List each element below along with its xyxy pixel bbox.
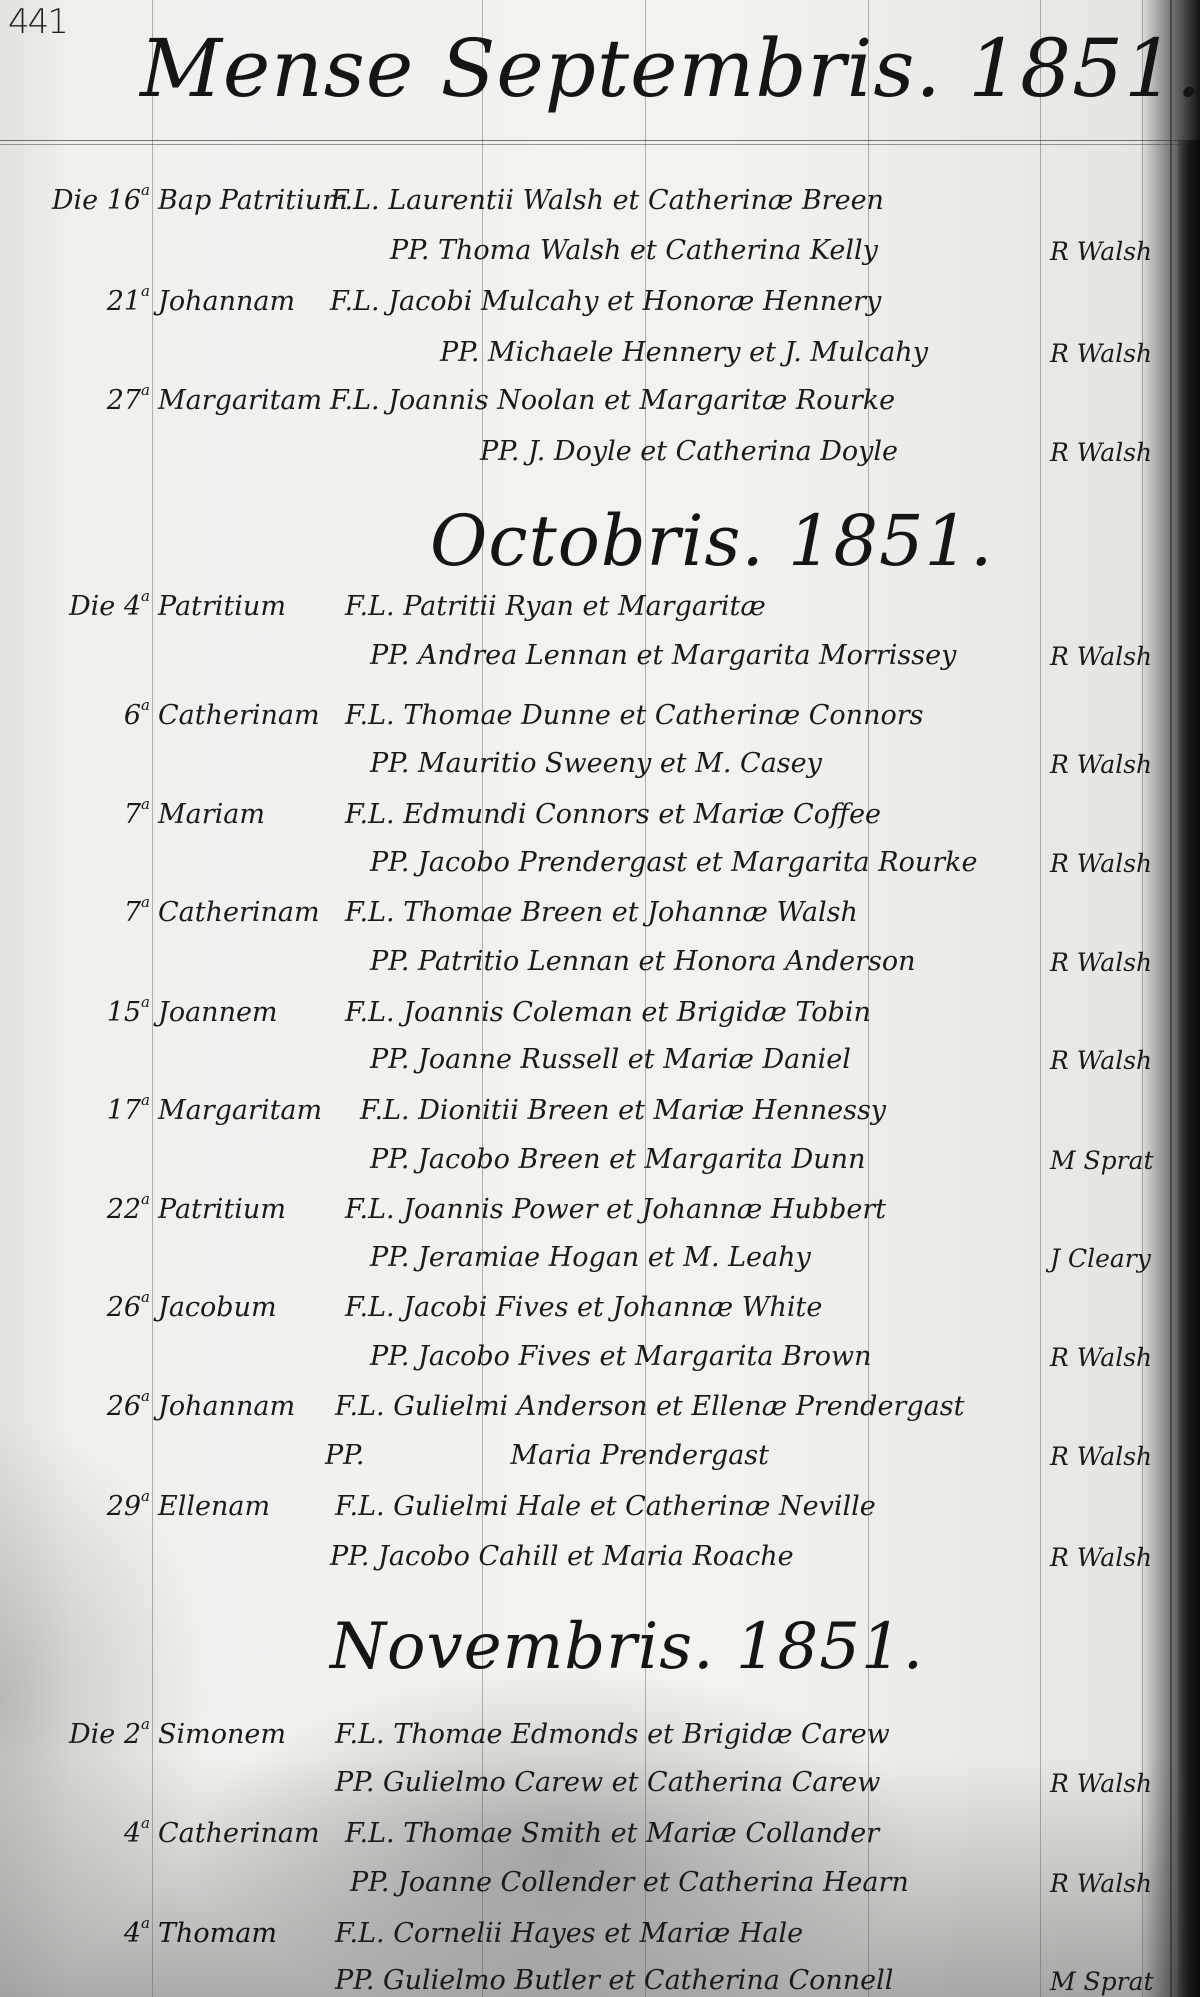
- entry-date: 4a: [0, 1918, 150, 1949]
- entry-row: 6a Catherinam F.L. Thomae Dunne et Cathe…: [0, 695, 1200, 735]
- entry-row: Die 4a Patritium F.L. Patritii Ryan et M…: [0, 586, 1200, 626]
- child-name: Catherinam: [158, 897, 320, 928]
- parents: F.L. Edmundi Connors et Mariæ Coffee: [345, 799, 881, 830]
- sponsors: PP. Jeramiae Hogan et M. Leahy: [370, 1242, 811, 1273]
- priest-signature: R Walsh: [1050, 750, 1152, 779]
- parents: F.L. Joannis Noolan et Margaritæ Rourke: [330, 385, 895, 416]
- sponsors: PP. Thoma Walsh et Catherina Kelly: [390, 235, 878, 266]
- entry-date: Die 4a: [0, 591, 150, 622]
- register-page: 441 Mense Septembris. 1851. Die 16a Bap …: [0, 0, 1200, 1997]
- child-name: Ellenam: [158, 1491, 270, 1522]
- entry-row-sponsors: PP. Mauritio Sweeny et M. Casey R Walsh: [0, 743, 1200, 783]
- sponsors: PP. Andrea Lennan et Margarita Morrissey: [370, 640, 956, 671]
- entry-row-sponsors: PP. Jacobo Breen et Margarita Dunn M Spr…: [0, 1139, 1200, 1179]
- priest-signature: R Walsh: [1050, 1869, 1152, 1898]
- entry-row-sponsors: PP. Patritio Lennan et Honora Anderson R…: [0, 941, 1200, 981]
- month-heading-october: Octobris. 1851.: [430, 500, 993, 582]
- child-name: Patritium: [158, 591, 286, 622]
- priest-signature: R Walsh: [1050, 1046, 1152, 1075]
- child-name: Bap Patritium: [158, 185, 348, 216]
- priest-signature: R Walsh: [1050, 1769, 1152, 1798]
- entry-date: Die 16a: [0, 185, 150, 216]
- entry-date: 7a: [0, 799, 150, 830]
- entry-date: 26a: [0, 1292, 150, 1323]
- parents: F.L. Gulielmi Hale et Catherinæ Neville: [335, 1491, 876, 1522]
- entry-row: 4a Catherinam F.L. Thomae Smith et Mariæ…: [0, 1813, 1200, 1853]
- entry-row-sponsors: PP. Gulielmo Carew et Catherina Carew R …: [0, 1762, 1200, 1802]
- priest-signature: J Cleary: [1050, 1244, 1151, 1273]
- parents: F.L. Patritii Ryan et Margaritæ: [345, 591, 766, 622]
- entry-date: 6a: [0, 700, 150, 731]
- parents: F.L. Jacobi Mulcahy et Honoræ Hennery: [330, 286, 881, 317]
- parents: F.L. Thomae Smith et Mariæ Collander: [345, 1818, 879, 1849]
- entry-row: Die 16a Bap Patritium F.L. Laurentii Wal…: [0, 180, 1200, 220]
- child-name: Johannam: [158, 1391, 295, 1422]
- parents: F.L. Thomae Breen et Johannæ Walsh: [345, 897, 858, 928]
- priest-signature: R Walsh: [1050, 1442, 1152, 1471]
- entry-row-sponsors: PP. Jacobo Cahill et Maria Roache R Wals…: [0, 1536, 1200, 1576]
- entry-row: Die 2a Simonem F.L. Thomae Edmonds et Br…: [0, 1714, 1200, 1754]
- sponsors: PP. Gulielmo Butler et Catherina Connell: [335, 1965, 893, 1996]
- priest-signature: R Walsh: [1050, 849, 1152, 878]
- child-name: Simonem: [158, 1719, 286, 1750]
- entry-date: 17a: [0, 1095, 150, 1126]
- entry-row-sponsors: PP. J. Doyle et Catherina Doyle R Walsh: [0, 431, 1200, 471]
- parents: F.L. Thomae Dunne et Catherinæ Connors: [345, 700, 923, 731]
- parents: F.L. Dionitii Breen et Mariæ Hennessy: [360, 1095, 886, 1126]
- child-name: Patritium: [158, 1194, 286, 1225]
- entry-row-sponsors: PP. Gulielmo Butler et Catherina Connell…: [0, 1960, 1200, 1997]
- entry-row-sponsors: PP. Michaele Hennery et J. Mulcahy R Wal…: [0, 332, 1200, 372]
- child-name: Catherinam: [158, 1818, 320, 1849]
- entry-date: 4a: [0, 1818, 150, 1849]
- child-name: Mariam: [158, 799, 265, 830]
- sponsors: PP. Gulielmo Carew et Catherina Carew: [335, 1767, 880, 1798]
- entry-row: 27a Margaritam F.L. Joannis Noolan et Ma…: [0, 380, 1200, 420]
- parents: F.L. Jacobi Fives et Johannæ White: [345, 1292, 822, 1323]
- sponsors: PP. J. Doyle et Catherina Doyle: [480, 436, 898, 467]
- page-number: 441: [8, 2, 67, 42]
- entry-row: 7a Catherinam F.L. Thomae Breen et Johan…: [0, 892, 1200, 932]
- priest-signature: R Walsh: [1050, 948, 1152, 977]
- sponsors: PP. Joanne Russell et Mariæ Daniel: [370, 1044, 851, 1075]
- priest-signature: M Sprat: [1050, 1967, 1154, 1996]
- sponsors: PP. Patritio Lennan et Honora Anderson: [370, 946, 916, 977]
- entry-row-sponsors: PP. Jacobo Fives et Margarita Brown R Wa…: [0, 1336, 1200, 1376]
- parents: F.L. Joannis Power et Johannæ Hubbert: [345, 1194, 886, 1225]
- entry-row: 26a Jacobum F.L. Jacobi Fives et Johannæ…: [0, 1287, 1200, 1327]
- entry-date: 21a: [0, 286, 150, 317]
- entry-date: Die 2a: [0, 1719, 150, 1750]
- entry-date: 7a: [0, 897, 150, 928]
- entry-date: 15a: [0, 997, 150, 1028]
- priest-signature: R Walsh: [1050, 438, 1152, 467]
- parents: F.L. Gulielmi Anderson et Ellenæ Prender…: [335, 1391, 964, 1422]
- child-name: Jacobum: [158, 1292, 277, 1323]
- entry-row: 21a Johannam F.L. Jacobi Mulcahy et Hono…: [0, 281, 1200, 321]
- entry-date: 26a: [0, 1391, 150, 1422]
- parents: F.L. Thomae Edmonds et Brigidæ Carew: [335, 1719, 890, 1750]
- sponsors: PP. Mauritio Sweeny et M. Casey: [370, 748, 822, 779]
- priest-signature: R Walsh: [1050, 1543, 1152, 1572]
- sponsors: PP. Jacobo Cahill et Maria Roache: [330, 1541, 794, 1572]
- priest-signature: R Walsh: [1050, 339, 1152, 368]
- header-rule: [0, 140, 1180, 145]
- entry-date: 29a: [0, 1491, 150, 1522]
- child-name: Thomam: [158, 1918, 277, 1949]
- child-name: Catherinam: [158, 700, 320, 731]
- entry-row-sponsors: PP. Maria Prendergast R Walsh: [0, 1435, 1200, 1475]
- child-name: Margaritam: [158, 385, 322, 416]
- entry-row: 26a Johannam F.L. Gulielmi Anderson et E…: [0, 1386, 1200, 1426]
- month-heading-november: Novembris. 1851.: [330, 1610, 924, 1684]
- priest-signature: M Sprat: [1050, 1146, 1154, 1175]
- entry-row: 15a Joannem F.L. Joannis Coleman et Brig…: [0, 992, 1200, 1032]
- parents: F.L. Joannis Coleman et Brigidæ Tobin: [345, 997, 871, 1028]
- entry-row-sponsors: PP. Jeramiae Hogan et M. Leahy J Cleary: [0, 1237, 1200, 1277]
- sponsors: PP. Maria Prendergast: [325, 1440, 769, 1471]
- entry-row-sponsors: PP. Thoma Walsh et Catherina Kelly R Wal…: [0, 230, 1200, 270]
- entry-row-sponsors: PP. Jacobo Prendergast et Margarita Rour…: [0, 842, 1200, 882]
- sponsors: PP. Jacobo Fives et Margarita Brown: [370, 1341, 872, 1372]
- sponsors: PP. Jacobo Prendergast et Margarita Rour…: [370, 847, 977, 878]
- child-name: Margaritam: [158, 1095, 322, 1126]
- entry-row-sponsors: PP. Joanne Russell et Mariæ Daniel R Wal…: [0, 1039, 1200, 1079]
- entry-date: 27a: [0, 385, 150, 416]
- entry-row: 17a Margaritam F.L. Dionitii Breen et Ma…: [0, 1090, 1200, 1130]
- entry-row: 4a Thomam F.L. Cornelii Hayes et Mariæ H…: [0, 1913, 1200, 1953]
- entry-row-sponsors: PP. Joanne Collender et Catherina Hearn …: [0, 1862, 1200, 1902]
- entry-row: 29a Ellenam F.L. Gulielmi Hale et Cather…: [0, 1486, 1200, 1526]
- sponsors: PP. Joanne Collender et Catherina Hearn: [350, 1867, 909, 1898]
- sponsors: PP. Jacobo Breen et Margarita Dunn: [370, 1144, 865, 1175]
- entry-date: 22a: [0, 1194, 150, 1225]
- entry-row-sponsors: PP. Andrea Lennan et Margarita Morrissey…: [0, 635, 1200, 675]
- priest-signature: R Walsh: [1050, 237, 1152, 266]
- entry-row: 22a Patritium F.L. Joannis Power et Joha…: [0, 1189, 1200, 1229]
- parents: F.L. Laurentii Walsh et Catherinæ Breen: [330, 185, 884, 216]
- entry-row: 7a Mariam F.L. Edmundi Connors et Mariæ …: [0, 794, 1200, 834]
- priest-signature: R Walsh: [1050, 642, 1152, 671]
- child-name: Johannam: [158, 286, 295, 317]
- child-name: Joannem: [158, 997, 278, 1028]
- parents: F.L. Cornelii Hayes et Mariæ Hale: [335, 1918, 803, 1949]
- month-heading-september: Mense Septembris. 1851.: [140, 22, 1200, 115]
- sponsors: PP. Michaele Hennery et J. Mulcahy: [440, 337, 928, 368]
- priest-signature: R Walsh: [1050, 1343, 1152, 1372]
